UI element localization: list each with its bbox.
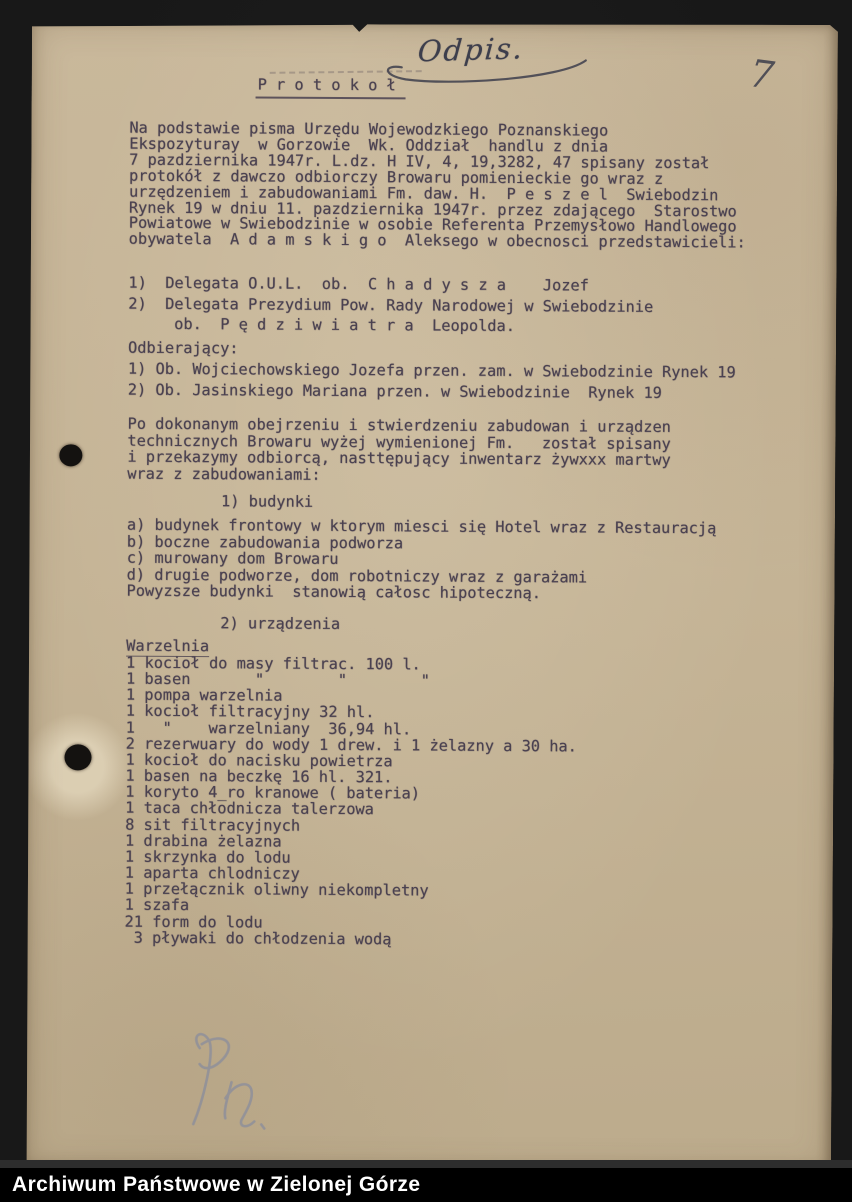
handover-paragraph: Po dokonanym obejrzeniu i stwierdzeniu z… [127,416,671,486]
receivers-section: Odbierający: 1) Ob. Wojciechowskiego Joz… [128,338,736,405]
scan-viewer: Odpis. 7 P r o t o k o ł Na podstawie pi… [0,0,852,1202]
handwritten-page-number: 7 [747,51,777,98]
intro-paragraph: Na podstawie pisma Urzędu Wojewodzkiego … [129,121,747,252]
archive-watermark-bar: Archiwum Państwowe w Zielonej Górze [0,1168,852,1202]
punch-hole-bottom [64,744,91,770]
text-line: 2) Ob. Jasinskiego Mariana przen. w Swie… [128,380,736,405]
punch-hole-top [59,444,82,466]
page-title: P r o t o k o ł [256,75,406,99]
text-line: ob. P ę d z i w i a t r a Leopolda. [128,314,653,338]
equipment-heading: 2) urządzenia [220,614,340,633]
receivers-list: 1) Ob. Wojciechowskiego Jozefa przen. za… [128,359,736,405]
brewhouse-inventory-list: 1 kocioł do masy filtrac. 100 l.1 basen … [124,655,577,949]
handwritten-copy-note: Odpis. [384,30,604,101]
archive-watermark-text: Archiwum Państwowe w Zielonej Górze [0,1173,420,1197]
text-line: 1) Delegata O.U.L. ob. C h a d y s z a J… [128,273,653,297]
pencil-initials-strokes [155,1026,326,1147]
text-line: Powyzsze budynki stanowią całosc hipotec… [126,583,716,603]
footer-divider-strip [0,1160,852,1168]
text-line: 1 przełącznik oliwny niekompletny [125,881,576,900]
text-line: obywatela A d a m s k i g o Aleksego w o… [129,232,746,252]
delegates-list: 1) Delegata O.U.L. ob. C h a d y s z a J… [128,273,653,338]
text-line: wraz z zabudowaniami: [127,466,670,486]
document-title-block: P r o t o k o ł [256,75,406,94]
document-page: Odpis. 7 P r o t o k o ł Na podstawie pi… [25,20,838,1175]
pencil-initials-mark [155,1026,326,1147]
text-line: 3 pływaki do chłodzenia wodą [124,929,575,948]
buildings-list: a) budynek frontowy w ktorym miesci się … [126,517,716,604]
buildings-heading: 1) budynki [221,492,313,511]
